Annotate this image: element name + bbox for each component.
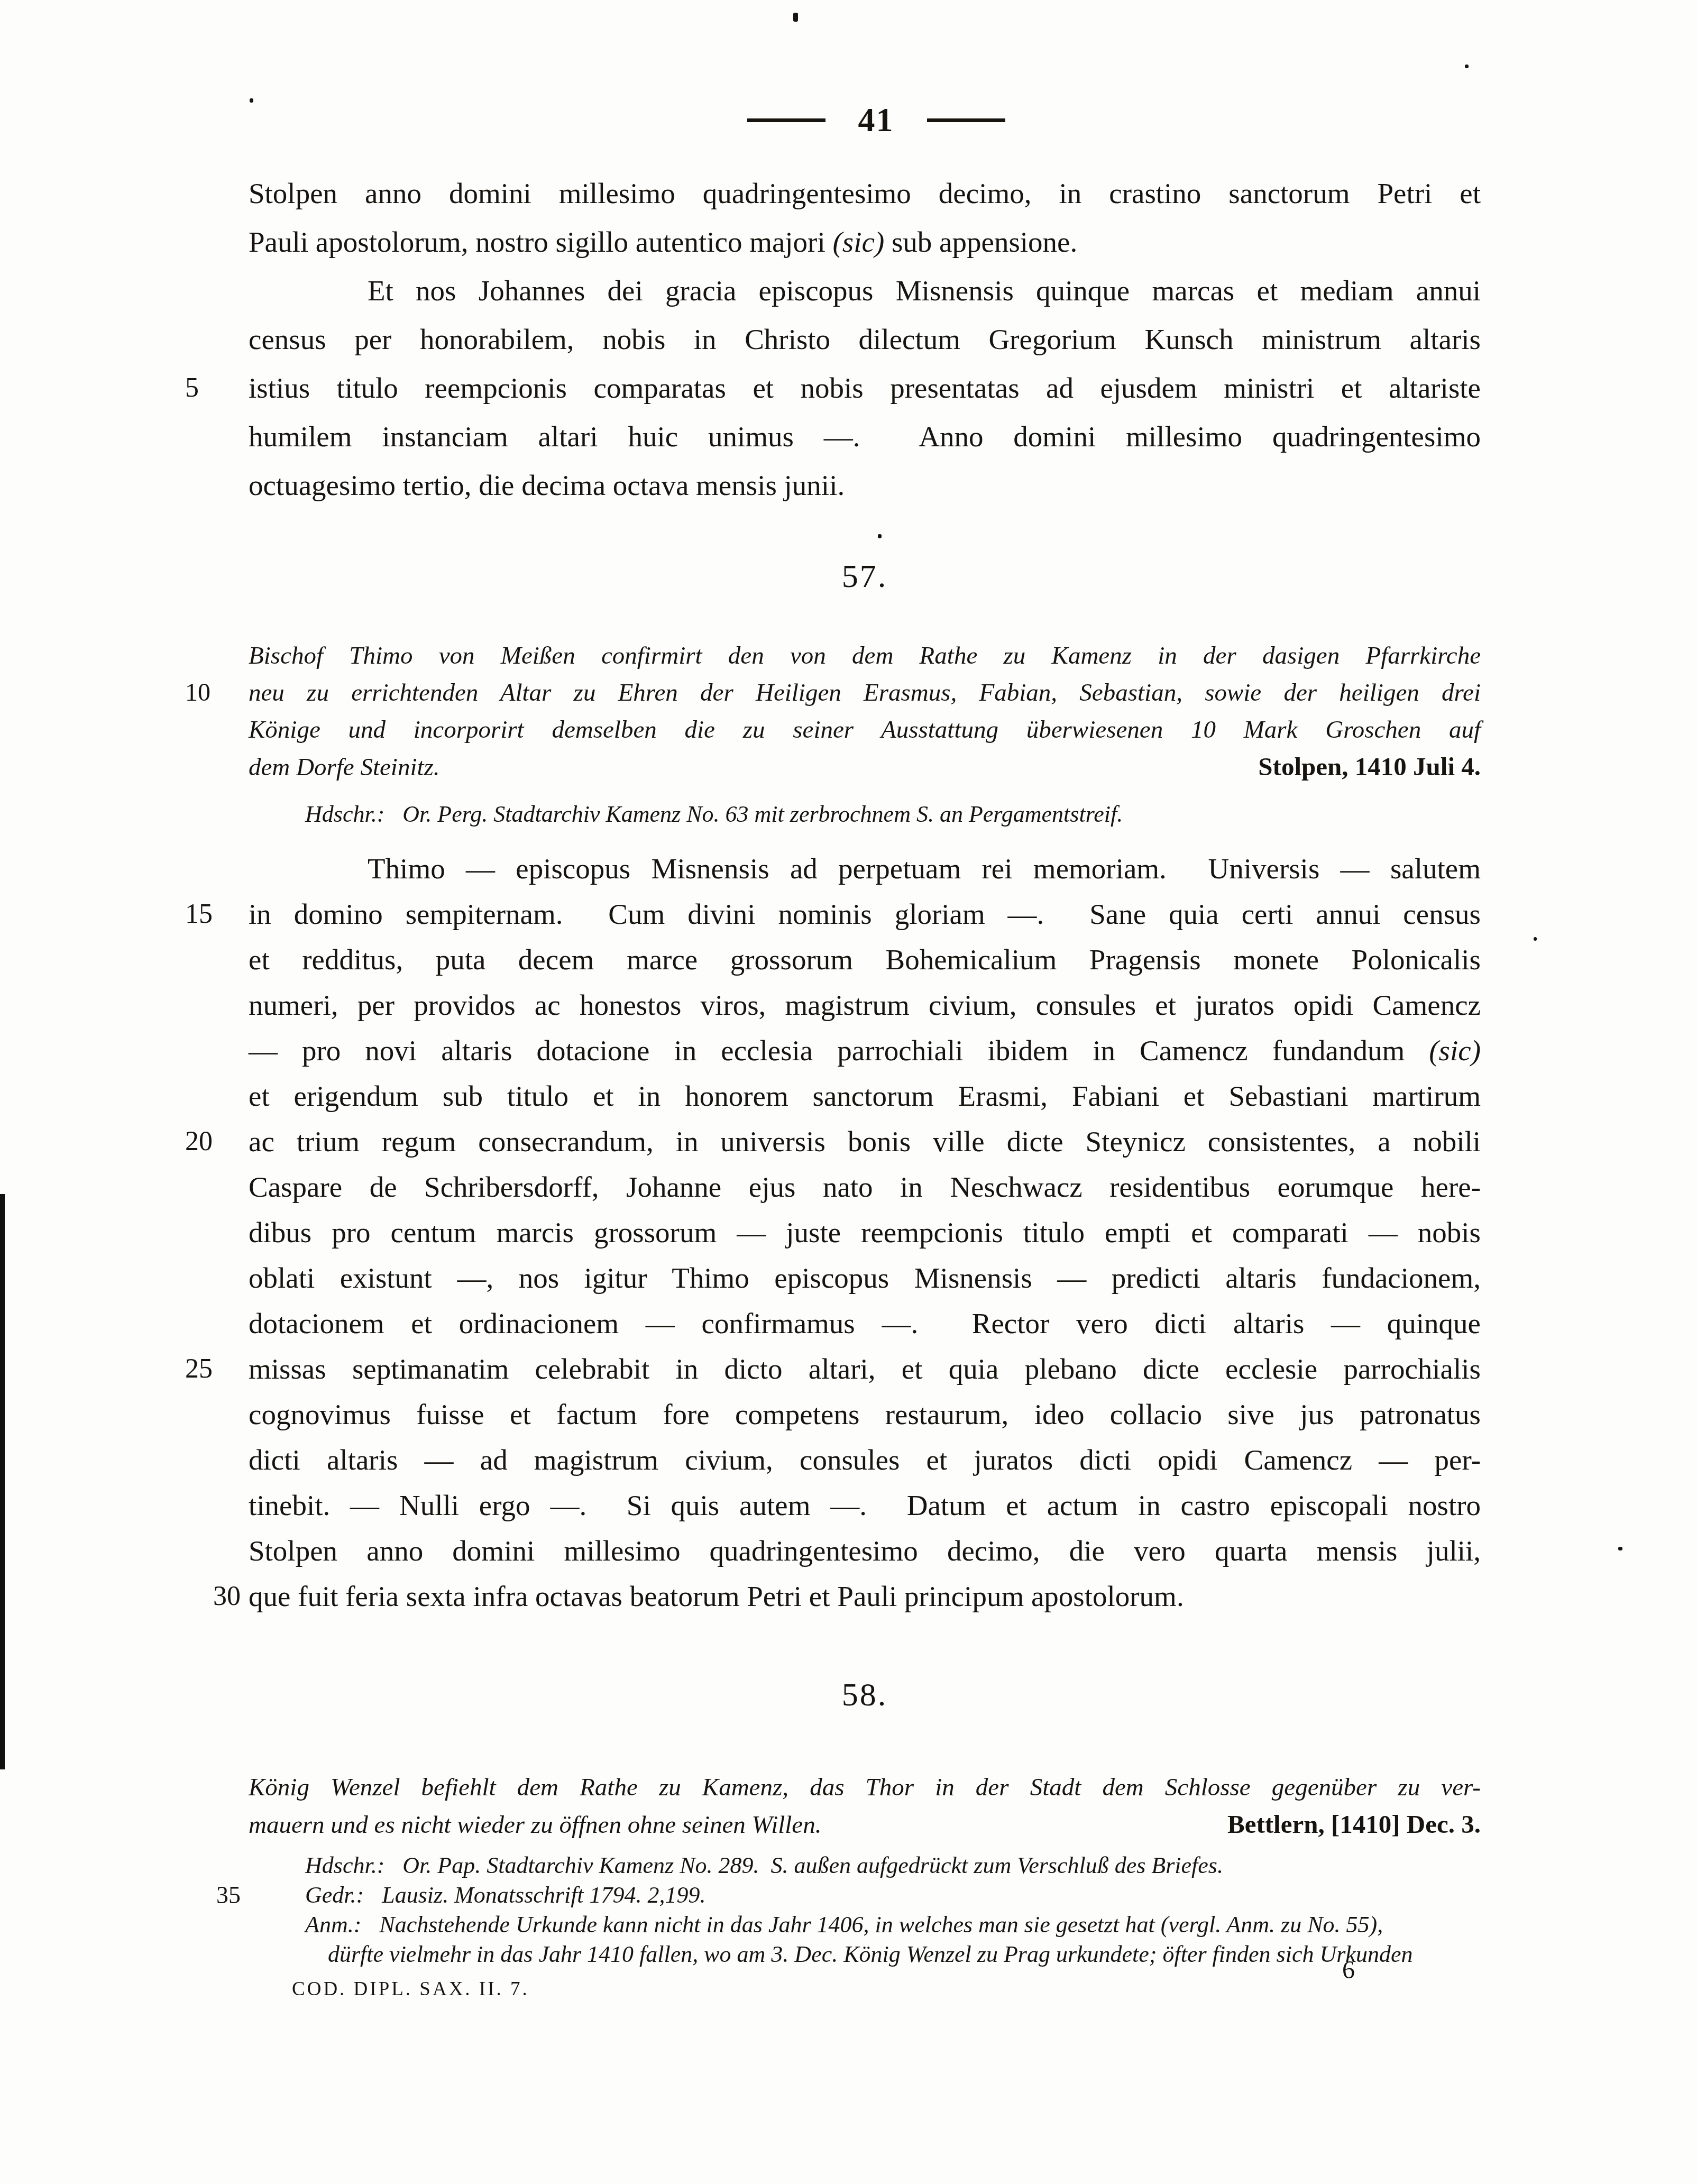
line-text: cognovimus fuisse et factum fore compete… xyxy=(249,1398,1481,1430)
document-57-source-note: Hdschr.:Or. Perg. Stadtarchiv Kamenz No.… xyxy=(249,800,1537,829)
document-58-references: Hdschr.:Or. Pap. Stadtarchiv Kamenz No. … xyxy=(249,1851,1481,1969)
text-line: numeri, per providos ac honestos viros, … xyxy=(249,983,1481,1028)
document-56-continuation-text: Stolpen anno domini millesimo quadringen… xyxy=(249,169,1481,510)
line-text: Bischof Thimo von Meißen confirmirt den … xyxy=(249,642,1481,669)
line-text: Stolpen anno domini millesimo quadringen… xyxy=(249,1535,1481,1567)
text-line: octuagesimo tertio, die decima octava me… xyxy=(249,461,1481,510)
header-rule-right xyxy=(927,118,1005,122)
line-text: ac trium regum consecrandum, in universi… xyxy=(249,1125,1481,1158)
document-57-summary: Bischof Thimo von Meißen confirmirt den … xyxy=(249,637,1481,786)
text-line: 10neu zu errichtenden Altar zu Ehren der… xyxy=(249,674,1481,711)
margin-line-number: 20 xyxy=(185,1119,241,1164)
text-line: mauern und es nicht wieder zu öffnen ohn… xyxy=(249,1806,1481,1843)
reference-label: Gedr.: xyxy=(305,1882,364,1908)
line-text: et erigendum sub titulo et in honorem sa… xyxy=(249,1080,1481,1112)
margin-line-number: 25 xyxy=(185,1346,241,1392)
line-text: istius titulo reempcionis comparatas et … xyxy=(249,372,1481,404)
margin-line-number: 15 xyxy=(185,892,241,937)
text-line: Stolpen anno domini millesimo quadringen… xyxy=(249,1528,1481,1574)
margin-line-number: 5 xyxy=(185,364,241,412)
text-line: 15in domino sempiternam. Cum divini nomi… xyxy=(249,892,1481,937)
line-text: Stolpen anno domini millesimo quadringen… xyxy=(249,177,1481,209)
scan-artifact xyxy=(250,98,253,103)
document-58-summary: König Wenzel befiehlt dem Rathe zu Kamen… xyxy=(249,1769,1481,1843)
text-line: Hdschr.:Or. Pap. Stadtarchiv Kamenz No. … xyxy=(249,1851,1481,1880)
document-57-body: Thimo — episcopus Misnensis ad perpetuam… xyxy=(249,846,1481,1619)
page-header: 41 xyxy=(27,102,1697,139)
line-text: et redditus, puta decem marce grossorum … xyxy=(249,943,1481,976)
line-text: in domino sempiternam. Cum divini nomini… xyxy=(249,898,1481,930)
line-text: census per honorabilem, nobis in Christo… xyxy=(249,323,1481,355)
text-line: 30que fuit feria sexta infra octavas bea… xyxy=(249,1574,1481,1619)
scan-artifact xyxy=(793,13,798,22)
line-text: numeri, per providos ac honestos viros, … xyxy=(249,989,1481,1021)
text-line: 25missas septimanatim celebrabit in dict… xyxy=(249,1346,1481,1392)
line-text: oblati existunt —, nos igitur Thimo epis… xyxy=(249,1262,1481,1294)
margin-line-number: 30 xyxy=(185,1574,241,1619)
margin-line-number: 10 xyxy=(185,674,241,711)
text-line: dibus pro centum marcis grossorum — just… xyxy=(249,1210,1481,1255)
scanned-book-page: 41 Stolpen anno domini millesimo quadrin… xyxy=(0,0,1697,2184)
line-text: Caspare de Schribersdorff, Johanne ejus … xyxy=(249,1171,1481,1203)
text-line: Et nos Johannes dei gracia episcopus Mis… xyxy=(249,267,1481,315)
text-line: census per honorabilem, nobis in Christo… xyxy=(249,315,1481,364)
line-text: dibus pro centum marcis grossorum — just… xyxy=(249,1216,1481,1249)
text-line: dotacionem et ordinacionem — confirmamus… xyxy=(249,1301,1481,1346)
text-line: König Wenzel befiehlt dem Rathe zu Kamen… xyxy=(249,1769,1481,1806)
text-line: — pro novi altaris dotacione in ecclesia… xyxy=(249,1028,1481,1073)
line-text: Könige und incorporirt demselben die zu … xyxy=(249,716,1481,744)
line-text: octuagesimo tertio, die decima octava me… xyxy=(249,469,845,501)
scan-artifact xyxy=(878,534,882,538)
scan-artifact xyxy=(1534,937,1537,941)
text-line: 5istius titulo reempcionis comparatas et… xyxy=(249,364,1481,412)
line-text: Lausiz. Monatsschrift 1794. 2,199. xyxy=(382,1882,705,1908)
text-line: Thimo — episcopus Misnensis ad perpetuam… xyxy=(249,846,1481,892)
text-line: et erigendum sub titulo et in honorem sa… xyxy=(249,1073,1481,1119)
line-text: missas septimanatim celebrabit in dicto … xyxy=(249,1353,1481,1385)
line-text: Et nos Johannes dei gracia episcopus Mis… xyxy=(368,274,1481,307)
line-text: que fuit feria sexta infra octavas beato… xyxy=(249,1580,1184,1612)
margin-line-number: 35 xyxy=(185,1880,241,1910)
line-text: König Wenzel befiehlt dem Rathe zu Kamen… xyxy=(249,1774,1481,1801)
text-line: Stolpen anno domini millesimo quadringen… xyxy=(249,169,1481,218)
line-text: neu zu errichtenden Altar zu Ehren der H… xyxy=(249,679,1481,706)
line-text: dem Dorfe Steinitz. xyxy=(249,749,440,786)
text-line: et redditus, puta decem marce grossorum … xyxy=(249,937,1481,983)
text-line: Pauli apostolorum, nostro sigillo autent… xyxy=(249,218,1481,267)
source-text: Or. Perg. Stadtarchiv Kamenz No. 63 mit … xyxy=(402,801,1123,827)
series-footer: COD. DIPL. SAX. II. 7. xyxy=(292,1978,529,2001)
line-text: humilem instanciam altari huic unimus —.… xyxy=(249,420,1481,453)
reference-label: Hdschr.: xyxy=(305,1852,384,1878)
text-line: oblati existunt —, nos igitur Thimo epis… xyxy=(249,1255,1481,1301)
line-text: dotacionem et ordinacionem — confirmamus… xyxy=(249,1307,1481,1339)
text-line: tinebit. — Nulli ergo —. Si quis autem —… xyxy=(249,1483,1481,1528)
source-label: Hdschr.: xyxy=(305,801,384,827)
scan-artifact xyxy=(1465,65,1469,68)
dateline: Bettlern, [1410] Dec. 3. xyxy=(1227,1806,1481,1843)
line-text: Nachstehende Urkunde kann nicht in das J… xyxy=(379,1912,1383,1938)
line-text: Or. Pap. Stadtarchiv Kamenz No. 289. S. … xyxy=(402,1852,1223,1878)
document-58-number: 58. xyxy=(249,1674,1481,1716)
text-line: Anm.:Nachstehende Urkunde kann nicht in … xyxy=(249,1910,1481,1940)
dateline: Stolpen, 1410 Juli 4. xyxy=(1258,748,1481,785)
sheet-number: 6 xyxy=(1342,1956,1355,1985)
text-line: 35Gedr.:Lausiz. Monatsschrift 1794. 2,19… xyxy=(249,1880,1481,1910)
text-line: dem Dorfe Steinitz.Stolpen, 1410 Juli 4. xyxy=(249,748,1481,786)
line-text: tinebit. — Nulli ergo —. Si quis autem —… xyxy=(249,1489,1481,1521)
document-57-number: 57. xyxy=(249,555,1481,598)
page-number: 41 xyxy=(858,102,894,139)
text-line: dürfte vielmehr in das Jahr 1410 fallen,… xyxy=(249,1940,1481,1969)
line-text: — pro novi altaris dotacione in ecclesia… xyxy=(249,1034,1481,1067)
text-line: 20ac trium regum consecrandum, in univer… xyxy=(249,1119,1481,1164)
line-text: mauern und es nicht wieder zu öffnen ohn… xyxy=(249,1806,821,1843)
line-text: dürfte vielmehr in das Jahr 1410 fallen,… xyxy=(328,1941,1412,1967)
text-line: Könige und incorporirt demselben die zu … xyxy=(249,711,1481,748)
text-line: Caspare de Schribersdorff, Johanne ejus … xyxy=(249,1164,1481,1210)
header-rule-left xyxy=(747,118,825,122)
text-line: Bischof Thimo von Meißen confirmirt den … xyxy=(249,637,1481,674)
scan-artifact xyxy=(0,1194,5,1769)
reference-label: Anm.: xyxy=(305,1912,361,1938)
text-line: dicti altaris — ad magistrum civium, con… xyxy=(249,1437,1481,1483)
line-text: dicti altaris — ad magistrum civium, con… xyxy=(249,1444,1481,1476)
line-text: Thimo — episcopus Misnensis ad perpetuam… xyxy=(368,852,1481,885)
text-line: humilem instanciam altari huic unimus —.… xyxy=(249,412,1481,461)
line-text: Pauli apostolorum, nostro sigillo autent… xyxy=(249,226,1077,258)
scan-artifact xyxy=(1618,1547,1622,1550)
text-line: cognovimus fuisse et factum fore compete… xyxy=(249,1392,1481,1437)
